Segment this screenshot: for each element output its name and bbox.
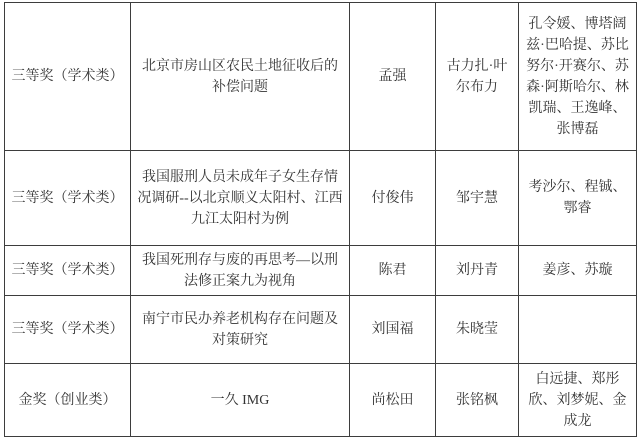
members-cell: 孔令媛、博塔阔兹·巴哈提、苏比努尔·开赛尔、苏森·阿斯哈尔、林凯瑞、王逸峰、张博… <box>519 3 637 151</box>
award-cell: 三等奖（学术类） <box>5 3 131 151</box>
project-cell: 北京市房山区农民土地征收后的补偿问题 <box>131 3 350 151</box>
person-cell: 邹宇慧 <box>436 151 519 246</box>
person-cell: 陈君 <box>350 246 436 296</box>
project-cell: 我国服刑人员未成年子女生存情况调研--以北京顺义太阳村、江西九江太阳村为例 <box>131 151 350 246</box>
project-cell: 我国死刑存与废的再思考—以刑法修正案九为视角 <box>131 246 350 296</box>
person-cell: 朱晓莹 <box>436 296 519 364</box>
award-cell: 金奖（创业类） <box>5 364 131 437</box>
person-cell: 付俊伟 <box>350 151 436 246</box>
members-cell: 白远捷、郑彤欣、刘梦妮、金成龙 <box>519 364 637 437</box>
table-row: 三等奖（学术类） 我国服刑人员未成年子女生存情况调研--以北京顺义太阳村、江西九… <box>5 151 637 246</box>
table-row: 三等奖（学术类） 我国死刑存与废的再思考—以刑法修正案九为视角 陈君 刘丹青 姜… <box>5 246 637 296</box>
person-cell: 刘丹青 <box>436 246 519 296</box>
person-cell: 孟强 <box>350 3 436 151</box>
award-cell: 三等奖（学术类） <box>5 246 131 296</box>
members-cell: 考沙尔、程铖、鄂睿 <box>519 151 637 246</box>
table-row: 三等奖（学术类） 南宁市民办养老机构存在问题及对策研究 刘国福 朱晓莹 <box>5 296 637 364</box>
person-cell: 张铭枫 <box>436 364 519 437</box>
person-cell: 刘国福 <box>350 296 436 364</box>
award-cell: 三等奖（学术类） <box>5 151 131 246</box>
page: 三等奖（学术类） 北京市房山区农民土地征收后的补偿问题 孟强 古力扎·叶尔布力 … <box>0 0 640 438</box>
members-cell: 姜彦、苏璇 <box>519 246 637 296</box>
awards-table: 三等奖（学术类） 北京市房山区农民土地征收后的补偿问题 孟强 古力扎·叶尔布力 … <box>4 2 637 437</box>
project-cell: 南宁市民办养老机构存在问题及对策研究 <box>131 296 350 364</box>
members-cell <box>519 296 637 364</box>
person-cell: 尚松田 <box>350 364 436 437</box>
award-cell: 三等奖（学术类） <box>5 296 131 364</box>
table-row: 三等奖（学术类） 北京市房山区农民土地征收后的补偿问题 孟强 古力扎·叶尔布力 … <box>5 3 637 151</box>
project-cell: 一久 IMG <box>131 364 350 437</box>
table-row: 金奖（创业类） 一久 IMG 尚松田 张铭枫 白远捷、郑彤欣、刘梦妮、金成龙 <box>5 364 637 437</box>
person-cell: 古力扎·叶尔布力 <box>436 3 519 151</box>
